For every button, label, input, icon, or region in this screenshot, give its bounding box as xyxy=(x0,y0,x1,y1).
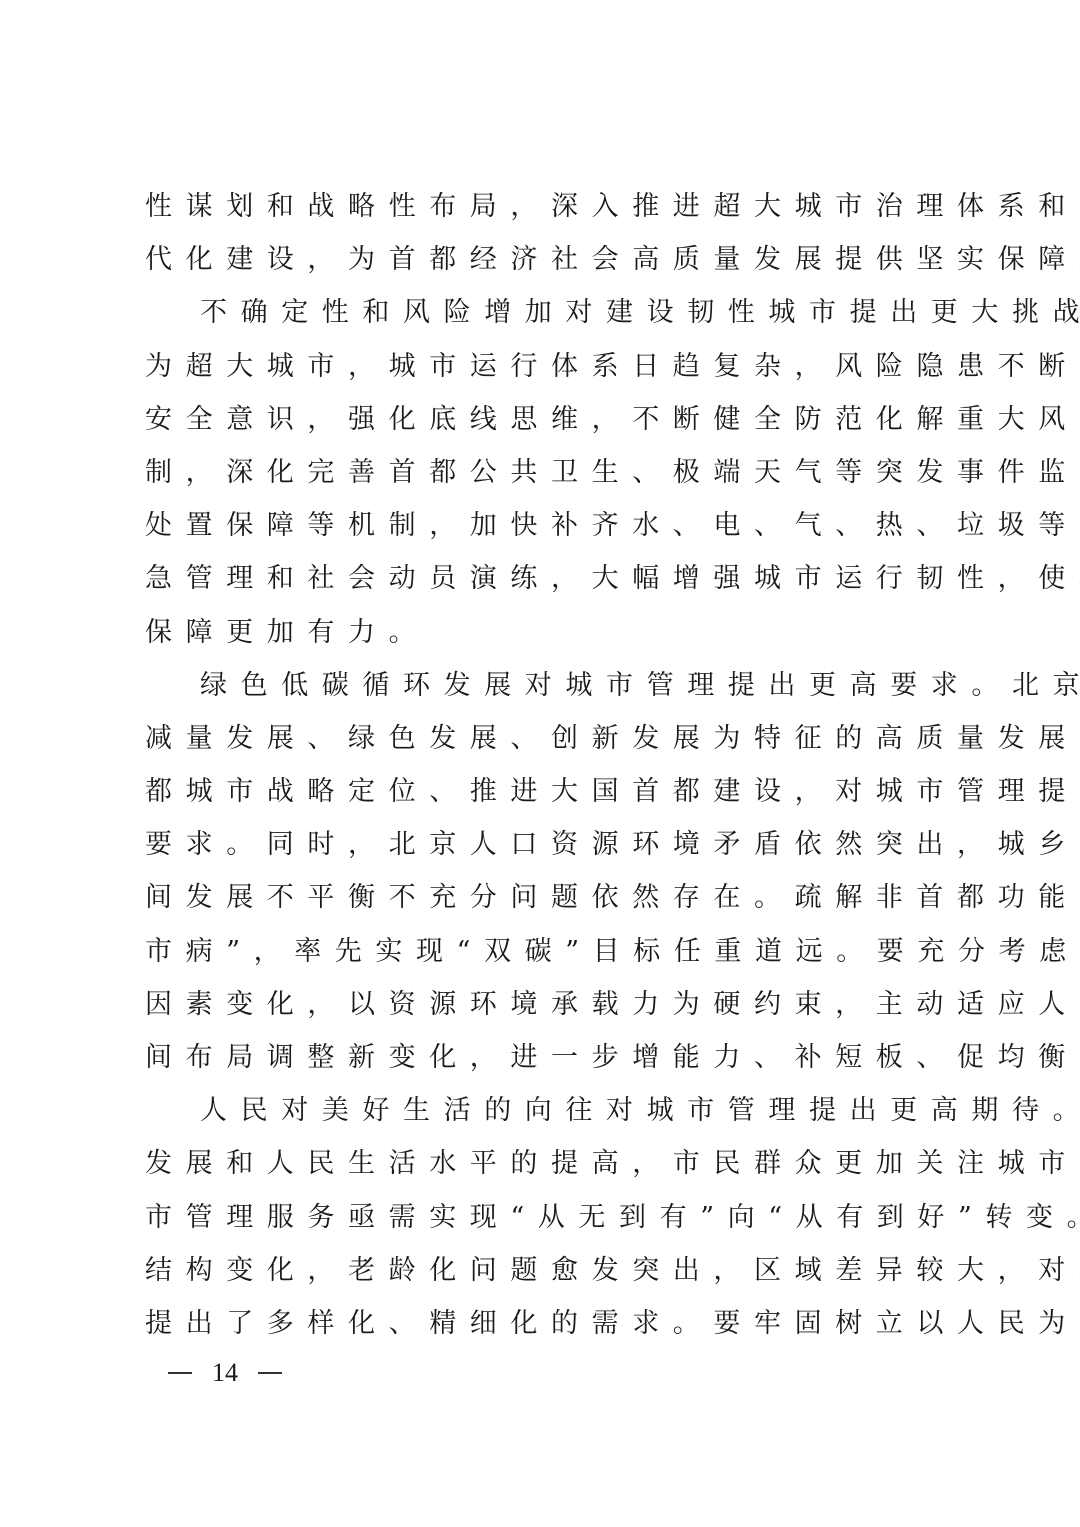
text-line: 代化建设，为首都经济社会高质量发展提供坚实保障。 xyxy=(145,233,945,286)
text-line: 保障更加有力。 xyxy=(145,606,945,659)
text-line: 安全意识，强化底线思维，不断健全防范化解重大风险的体制机 xyxy=(145,393,945,446)
text-line: 发展和人民生活水平的提高，市民群众更加关注城市品质提升，城 xyxy=(145,1137,945,1190)
text-line: 间布局调整新变化，进一步增能力、补短板、促均衡、提品质。 xyxy=(145,1031,945,1084)
paragraph-start-line: 绿色低碳循环发展对城市管理提出更高要求。北京已进入以 xyxy=(145,659,945,712)
body-text: 性谋划和战略性布局，深入推进超大城市治理体系和治理能力现 代化建设，为首都经济社… xyxy=(145,180,945,1350)
text-line: 市病”，率先实现“双碳”目标任重道远。要充分考虑“双控四降”等 xyxy=(145,925,945,978)
document-page: 性谋划和战略性布局，深入推进超大城市治理体系和治理能力现 代化建设，为首都经济社… xyxy=(0,0,1080,1527)
text-line: 为超大城市，城市运行体系日趋复杂，风险隐患不断增加。要增强 xyxy=(145,340,945,393)
text-line: 结构变化，老龄化问题愈发突出，区域差异较大，对城市管理服务 xyxy=(145,1244,945,1297)
text-line: 要求。同时，北京人口资源环境矛盾依然突出，城乡之间、区域之 xyxy=(145,818,945,871)
dash-right-decoration xyxy=(258,1372,282,1374)
dash-left-decoration xyxy=(168,1372,192,1374)
paragraph-start-line: 人民对美好生活的向往对城市管理提出更高期待。随着城市 xyxy=(145,1084,945,1137)
page-number-footer: 14 xyxy=(168,1358,282,1388)
text-line: 减量发展、绿色发展、创新发展为特征的高质量发展阶段，落实首 xyxy=(145,712,945,765)
text-line: 间发展不平衡不充分问题依然存在。疏解非首都功能，治理“大城 xyxy=(145,871,945,924)
text-line: 处置保障等机制，加快补齐水、电、气、热、垃圾等设施短板，强化应 xyxy=(145,499,945,552)
text-line: 急管理和社会动员演练，大幅增强城市运行韧性，使城市运行安全 xyxy=(145,552,945,605)
text-line: 因素变化，以资源环境承载力为硬约束，主动适应人口、功能和空 xyxy=(145,978,945,1031)
text-line: 制，深化完善首都公共卫生、极端天气等突发事件监测预警、应急 xyxy=(145,446,945,499)
paragraph-start-line: 不确定性和风险增加对建设韧性城市提出更大挑战。北京作 xyxy=(145,286,945,339)
text-line: 市管理服务亟需实现“从无到有”向“从有到好”转变。同时，社会 xyxy=(145,1191,945,1244)
text-line: 性谋划和战略性布局，深入推进超大城市治理体系和治理能力现 xyxy=(145,180,945,233)
text-line: 都城市战略定位、推进大国首都建设，对城市管理提出了新的更高 xyxy=(145,765,945,818)
text-line: 提出了多样化、精细化的需求。要牢固树立以人民为中心的发展 xyxy=(145,1297,945,1350)
page-number: 14 xyxy=(212,1358,238,1388)
